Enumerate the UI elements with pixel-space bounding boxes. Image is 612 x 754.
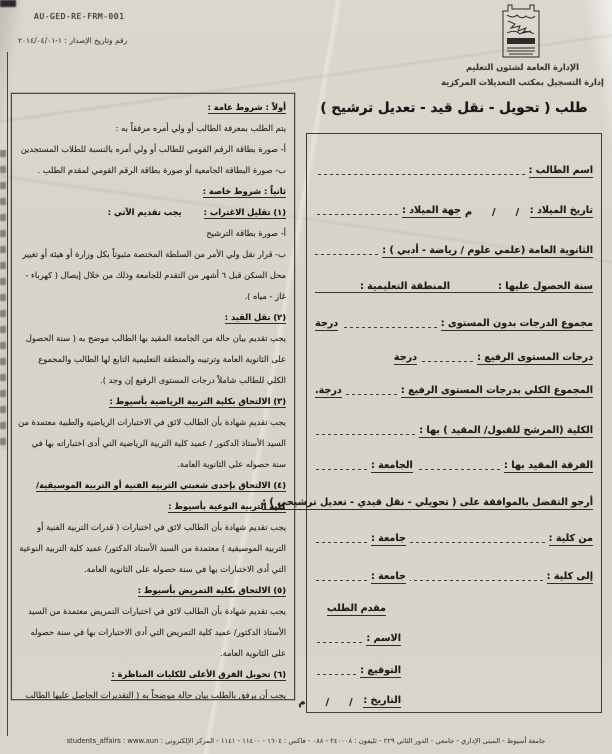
sum-no-level-label: مجموع الدرجات بدون المستوى : [441, 318, 593, 331]
section-1-item-b: ب- قرار نقل ولي الأمر من السلطة المختصة … [18, 244, 286, 307]
section-1-heading: (١) تقليل الاغتراب :يجب تقديم الآتي : [18, 202, 286, 223]
to-faculty-blank [410, 580, 543, 581]
total-with-level-row: المجموع الكلي بدرجات المستوى الرفيع : در… [315, 382, 593, 398]
applicant-name-label: الاسم : [366, 633, 401, 646]
issue-date-line: رقم وتاريخ الإصدار : ١-٢٠١٤/٠٤/٠١ [18, 36, 127, 45]
footer-contact-line: جامعة أسيوط - المبنى الإداري - جامعي - ا… [0, 737, 612, 745]
applicant-row: مقدم الطلب [315, 600, 386, 616]
scanned-form-page: AU-GED-RE-FRM-001 رقم وتاريخ الإصدار : ١… [0, 0, 612, 754]
district-label: المنطقة التعليمية : [360, 281, 450, 292]
level-degrees-label: درجات المستوى الرفيع : [477, 352, 593, 365]
section-1-inline-note: يجب تقديم الآتي : [108, 207, 204, 217]
section-4-body: يجب تقديم شهادة بأن الطالب لائق في اختبا… [18, 517, 286, 580]
to-university-label: جامعة : [371, 571, 406, 584]
signature-blank [315, 674, 356, 675]
degree-word-2: درجة [394, 352, 417, 365]
faculty-row: الكلية (المرشح للقبول/ المقيد ) بها : [315, 422, 593, 438]
section-5-body: يجب تقديم شهادة بأن الطالب لائق في اختبا… [18, 601, 286, 664]
from-university-label: جامعة : [371, 533, 406, 546]
applicant-name-row: الاسم : [315, 630, 401, 646]
general-conditions-heading: أولاً : شروط عامة : [18, 97, 286, 118]
to-faculty-row: إلى كلية : جامعة : [315, 568, 593, 584]
secondary-school-label: الثانوية العامة (علمي علوم / رياضة - أدب… [382, 245, 593, 258]
date-slashes: / / م [299, 697, 360, 708]
applicant-label: مقدم الطلب [327, 603, 386, 616]
secondary-school-blank [315, 254, 378, 255]
request-statement: أرجو التفضل بالموافقة على ( تحويلي - نقل… [262, 497, 593, 510]
grade-label: الفرقة المقيد بها : [504, 460, 593, 473]
from-faculty-label: من كلية : [549, 533, 593, 546]
faculty-blank [315, 434, 415, 435]
section-1-item-a: أ- صورة بطاقة الترشيح [18, 223, 286, 244]
total-with-level-blank [346, 394, 397, 395]
date-label: التاريخ : [363, 695, 401, 708]
section-4-heading: (٤) الالتحاق بإحدى شعبتي التربية الفنية … [18, 475, 286, 517]
scan-edge-smudge [0, 150, 6, 450]
level-degrees-blank [421, 361, 473, 362]
condition-item-a: أ- صورة بطاقة الرقم القومي للطالب أو ولي… [18, 139, 286, 160]
date-row: التاريخ : / / م [315, 692, 401, 708]
sum-no-level-blank [342, 327, 437, 328]
conditions-intro: يتم الطلب بمعرفة الطالب أو ولي أمره مرفق… [18, 118, 286, 139]
to-university-blank [315, 580, 367, 581]
from-faculty-row: من كلية : جامعة : [315, 530, 593, 546]
level-degrees-row: درجات المستوى الرفيع : درجة [315, 349, 593, 365]
section-6-body: يجب أن يرفق بالطلب بيان حالة موضحاً به (… [18, 685, 286, 700]
request-row: أرجو التفضل بالموافقة على ( تحويلي - نقل… [315, 494, 593, 510]
signature-row: التوقيع : [315, 662, 401, 678]
university-blank [315, 469, 367, 470]
from-university-blank [315, 542, 367, 543]
student-name-label: اسم الطالب : [529, 165, 593, 178]
to-faculty-label: إلى كلية : [547, 571, 593, 584]
conditions-panel: أولاً : شروط عامة : يتم الطلب بمعرفة الط… [11, 93, 295, 700]
total-with-level-label: المجموع الكلي بدرجات المستوى الرفيع : [401, 385, 593, 398]
scan-corner-artifact [0, 0, 16, 7]
birth-place-blank [315, 214, 398, 215]
university-emblem-icon [498, 2, 544, 62]
signature-label: التوقيع : [360, 665, 401, 678]
section-6-heading: (٦) تحويل الفرق الأعلى للكليات المناظرة … [18, 664, 286, 685]
birth-row: تاريخ الميلاد : / / م جهة الميلاد : [315, 202, 593, 218]
form-title: طلب ( تحويل - نقل قيد - تعديل ترشيح ) [306, 100, 602, 116]
application-form-panel: اسم الطالب : تاريخ الميلاد : / / م جهة ا… [306, 133, 602, 713]
section-3-body: يجب تقديم شهادة بأن الطالب لائق في الاخت… [18, 412, 286, 475]
dept-line-2: إدارة التسجيل بمكتب التعديلات المركزية [440, 75, 605, 90]
birth-date-label: تاريخ الميلاد : [530, 205, 593, 218]
condition-item-b: ب- صورة البطاقة الجامعية أو صورة بطاقة ا… [18, 160, 286, 181]
student-name-blank [315, 174, 525, 175]
grade-blank [417, 469, 500, 470]
special-conditions-heading: ثانياً : شروط خاصة : [18, 181, 286, 202]
degree-word-1: درجة [315, 318, 338, 331]
form-code: AU-GED-RE-FRM-001 [34, 12, 124, 21]
student-name-row: اسم الطالب : [315, 162, 593, 178]
section-5-heading: (٥) الالتحاق بكلية التمريض بأسيوط : [18, 580, 286, 601]
faculty-label: الكلية (المرشح للقبول/ المقيد ) بها : [419, 425, 593, 438]
section-3-heading: (٣) الالتحاق بكلية التربية الرياضية بأسي… [18, 391, 286, 412]
birth-date-slashes: / / م [465, 207, 526, 218]
sum-no-level-row: مجموع الدرجات بدون المستوى : درجة [315, 315, 593, 331]
scan-edge-line [7, 52, 8, 736]
dept-line-1: الإدارة العامة لشئون التعليم [440, 60, 605, 75]
degree-word-3: درجة. [315, 385, 342, 398]
section-2-body: يجب تقديم بيان حالة من الجامعة المقيد به… [18, 328, 286, 391]
university-label: الجامعة : [371, 460, 413, 473]
applicant-name-blank [315, 642, 362, 643]
year-obtained-label: سنة الحصول عليها : [498, 281, 593, 292]
section-2-heading: (٢) نقل القيد : [18, 307, 286, 328]
year-district-row: سنة الحصول عليها : المنطقة التعليمية : [315, 274, 593, 293]
from-faculty-blank [410, 542, 545, 543]
birth-place-label: جهة الميلاد : [402, 205, 461, 218]
secondary-school-row: الثانوية العامة (علمي علوم / رياضة - أدب… [315, 242, 593, 258]
grade-university-row: الفرقة المقيد بها : الجامعة : [315, 457, 593, 473]
department-header: الإدارة العامة لشئون التعليم إدارة التسج… [440, 60, 605, 90]
